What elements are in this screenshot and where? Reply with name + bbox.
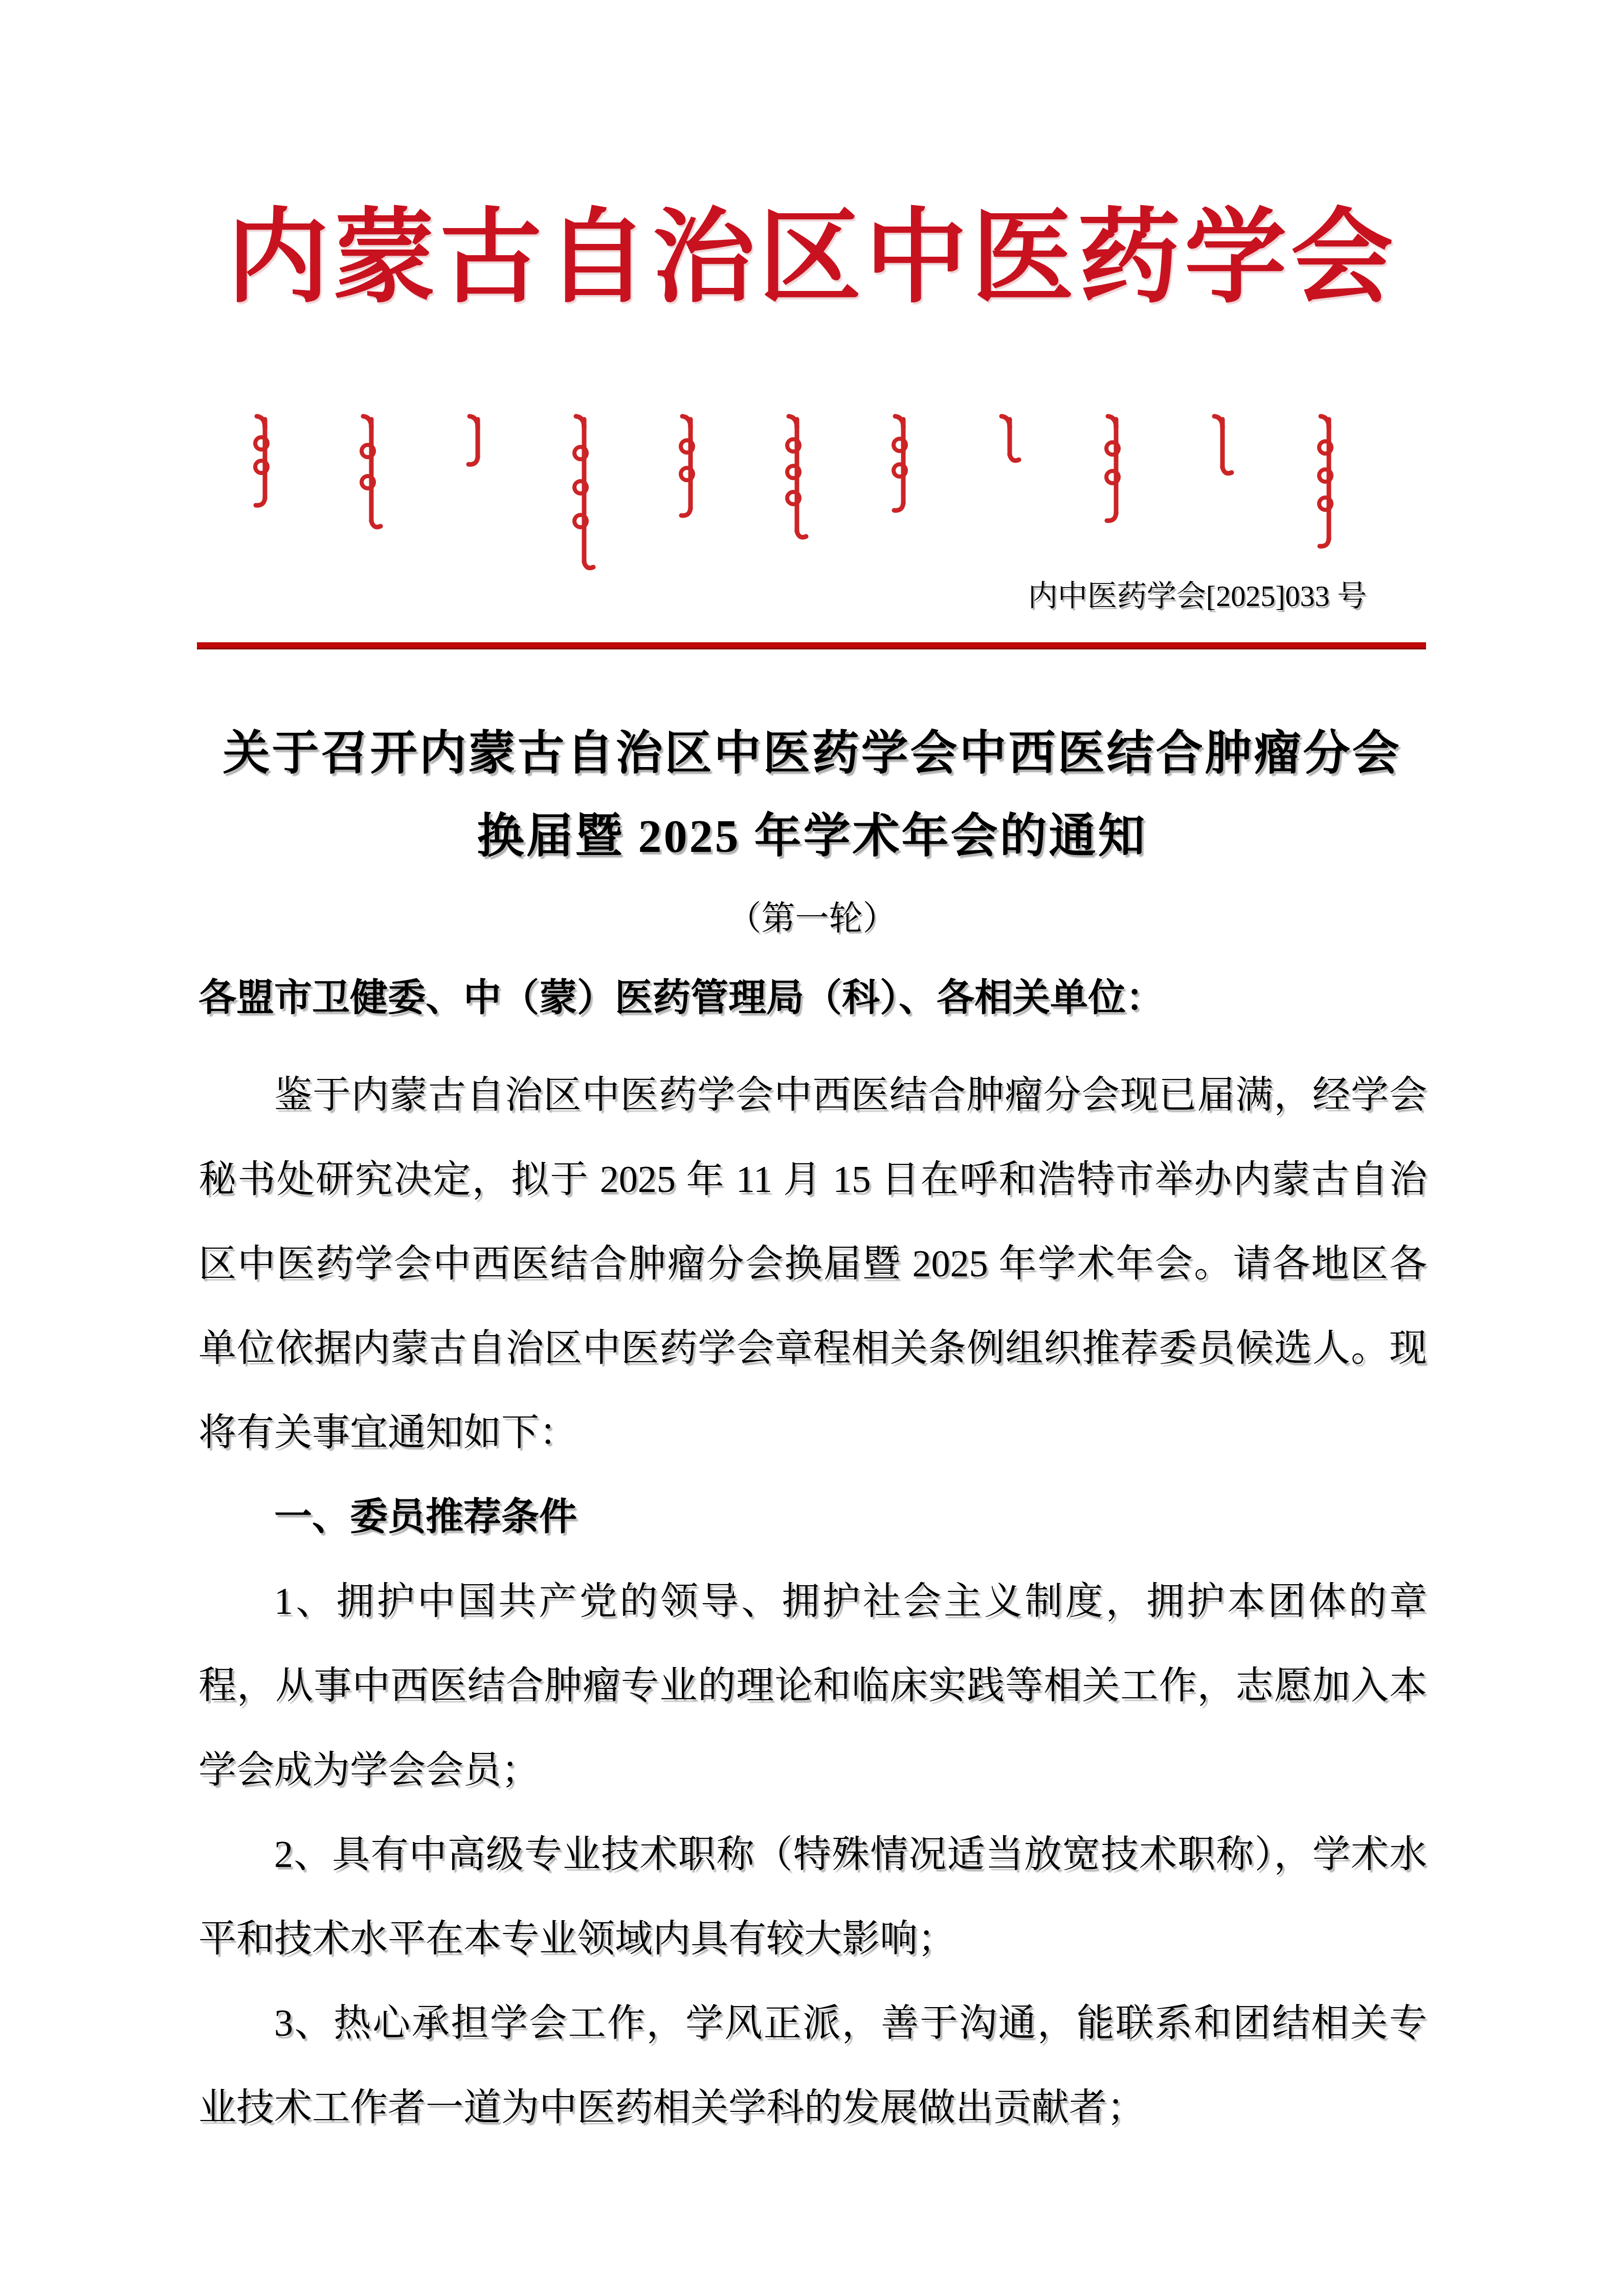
mongolian-glyph-column xyxy=(1314,412,1344,550)
section1-heading: 一、委员推荐条件 xyxy=(198,1475,1427,1560)
mongolian-glyph-column xyxy=(1101,412,1131,525)
notice-title: 关于召开内蒙古自治区中医药学会中西医结合肿瘤分会 换届暨 2025 年学术年会的… xyxy=(0,712,1624,877)
section1-item-1: 1、拥护中国共产党的领导、拥护社会主义制度，拥护本团体的章程，从事中西医结合肿瘤… xyxy=(198,1560,1427,1813)
notice-body: 各盟市卫健委、中（蒙）医药管理局（科）、各相关单位： 鉴于内蒙古自治区中医药学会… xyxy=(198,956,1427,2150)
notice-document-page: 内蒙古自治区中医药学会 内中医药学会[2025]033 号 关于召开内蒙古自治区… xyxy=(0,0,1624,2296)
mongolian-glyph-column xyxy=(675,412,706,520)
mongolian-glyph-column xyxy=(569,412,599,573)
round-note: （第一轮） xyxy=(0,891,1624,939)
mongolian-glyph-column xyxy=(250,412,280,509)
header-divider-rule xyxy=(197,642,1426,649)
section1-item-2: 2、具有中高级专业技术职称（特殊情况适当放宽技术职称），学术水平和技术水平在本专… xyxy=(198,1813,1427,1982)
section1-item-3: 3、热心承担学会工作，学风正派，善于沟通，能联系和团结相关专业技术工作者一道为中… xyxy=(198,1982,1427,2150)
mongolian-glyph-column xyxy=(462,412,493,468)
mongolian-glyph-column xyxy=(356,412,387,532)
addressee-line: 各盟市卫健委、中（蒙）医药管理局（科）、各相关单位： xyxy=(198,956,1427,1041)
mongolian-glyph-column xyxy=(1207,412,1238,479)
document-number: 内中医药学会[2025]033 号 xyxy=(1028,572,1367,615)
intro-paragraph: 鉴于内蒙古自治区中医药学会中西医结合肿瘤分会现已届满，经学会秘书处研究决定，拟于… xyxy=(198,1053,1427,1475)
notice-title-line1: 关于召开内蒙古自治区中医药学会中西医结合肿瘤分会 xyxy=(0,712,1624,795)
notice-title-line2: 换届暨 2025 年学术年会的通知 xyxy=(0,795,1624,877)
mongolian-glyph-column xyxy=(782,412,812,543)
mongolian-glyph-column xyxy=(888,412,919,514)
mongolian-glyph-column xyxy=(994,412,1025,466)
org-title: 内蒙古自治区中医药学会 xyxy=(0,197,1624,320)
mongolian-script-banner xyxy=(265,412,1360,566)
